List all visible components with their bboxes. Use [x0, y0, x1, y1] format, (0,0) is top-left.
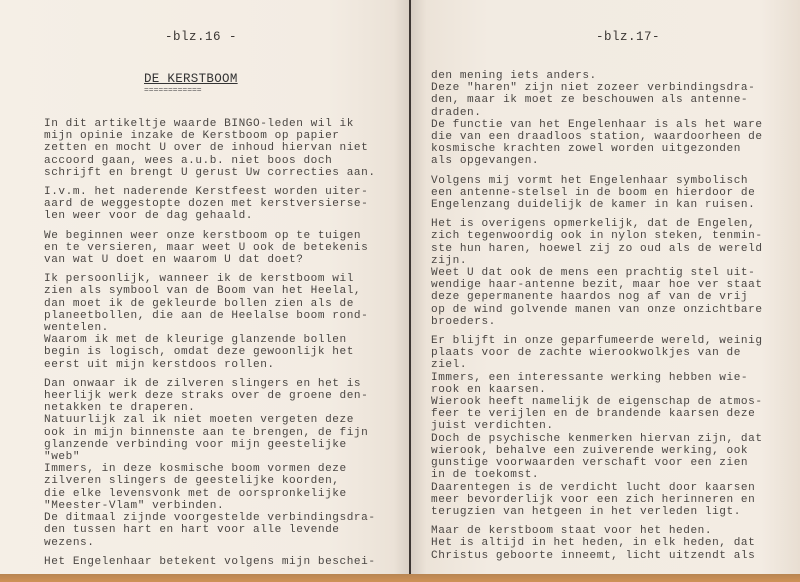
text-line: Engelenzang duidelijk de kamer in kan ru…: [431, 199, 763, 211]
text-line: accoord gaan, wees a.u.b. niet boos doch: [44, 155, 376, 167]
text-line: zijn.: [431, 255, 763, 267]
book-gutter: [409, 0, 411, 578]
text-line: Het is overigens opmerkelijk, dat de Eng…: [431, 218, 763, 230]
text-line: De functie van het Engelenhaar is als he…: [431, 119, 763, 131]
paragraph: Maar de kerstboom staat voor het heden.H…: [431, 525, 763, 562]
text-line: den mening iets anders.: [431, 70, 763, 82]
text-line: aard de weggestopte dozen met kerstversi…: [44, 198, 376, 210]
text-line: We beginnen weer onze kerstboom op te tu…: [44, 230, 376, 242]
text-line: wierook, behalve een zuiverende werking,…: [431, 445, 763, 457]
text-line: schrijft en brengt U gerust Uw correctie…: [44, 167, 376, 179]
text-line: wendige haar-antenne bezit, maar hoe ver…: [431, 279, 763, 291]
text-line: als opgevangen.: [431, 155, 763, 167]
text-line: Ik persoonlijk, wanneer ik de kerstboom …: [44, 273, 376, 285]
text-line: Deze "haren" zijn niet zozeer verbinding…: [431, 82, 763, 94]
article-title: DE KERSTBOOM: [144, 72, 238, 86]
text-line: wentelen.: [44, 322, 376, 334]
text-line: Er blijft in onze geparfumeerde wereld, …: [431, 335, 763, 347]
text-line: een antenne-stelsel in de boom en hierdo…: [431, 187, 763, 199]
text-line: Daarentegen is de verdicht lucht door ka…: [431, 482, 763, 494]
text-line: ziel.: [431, 359, 763, 371]
text-line: die van een draadloos station, waardoorh…: [431, 131, 763, 143]
paragraph: Het Engelenhaar betekent volgens mijn be…: [44, 556, 376, 568]
text-line: draden.: [431, 107, 763, 119]
text-line: Wierook heeft namelijk de eigenschap de …: [431, 396, 763, 408]
text-line: Het is altijd in het heden, in elk heden…: [431, 537, 763, 549]
paragraph: Volgens mij vormt het Engelenhaar symbol…: [431, 175, 763, 212]
text-line: zetten en mocht U over de inhoud hiervan…: [44, 142, 376, 154]
text-line: mijn opinie inzake de Kerstboom op papie…: [44, 130, 376, 142]
text-line: plaats voor de zachte wierookwolkjes van…: [431, 347, 763, 359]
title-underline: ============: [144, 86, 202, 95]
paragraph: Ik persoonlijk, wanneer ik de kerstboom …: [44, 273, 376, 371]
text-line: len weer voor de dag gehaald.: [44, 210, 376, 222]
text-line: Weet U dat ook de mens een prachtig stel…: [431, 267, 763, 279]
paragraph: Het is overigens opmerkelijk, dat de Eng…: [431, 218, 763, 328]
paragraph: Er blijft in onze geparfumeerde wereld, …: [431, 335, 763, 518]
text-line: begin is logisch, omdat deze gewoonlijk …: [44, 346, 376, 358]
text-line: den tussen hart en hart voor alle levend…: [44, 524, 376, 536]
text-line: broeders.: [431, 316, 763, 328]
text-line: zilveren slingers de geestelijke koorden…: [44, 475, 376, 487]
text-line: meer bevorderlijk voor een zich herinner…: [431, 494, 763, 506]
text-line: terugzien van hetgeen in het verleden li…: [431, 506, 763, 518]
text-line: Het Engelenhaar betekent volgens mijn be…: [44, 556, 376, 568]
paragraph: In dit artikeltje waarde BINGO-leden wil…: [44, 118, 376, 179]
text-line: Immers, een interessante werking hebben …: [431, 372, 763, 384]
text-line: "web": [44, 451, 376, 463]
left-page-body: In dit artikeltje waarde BINGO-leden wil…: [44, 118, 376, 575]
text-line: eerst uit mijn kerstdoos rollen.: [44, 359, 376, 371]
text-line: Maar de kerstboom staat voor het heden.: [431, 525, 763, 537]
paragraph: den mening iets anders.Deze "haren" zijn…: [431, 70, 763, 168]
text-line: in de toekomst.: [431, 469, 763, 481]
text-line: Waarom ik met de kleurige glanzende boll…: [44, 334, 376, 346]
text-line: rook en kaarsen.: [431, 384, 763, 396]
paragraph: We beginnen weer onze kerstboom op te tu…: [44, 230, 376, 267]
table-surface: [0, 574, 800, 582]
text-line: den, maar ik moet ze beschouwen als ante…: [431, 94, 763, 106]
text-line: gunstige voorwaarden verschaft voor een …: [431, 457, 763, 469]
text-line: van wat U doet en waarom U dat doet?: [44, 254, 376, 266]
right-page: -blz.17- den mening iets anders.Deze "ha…: [411, 0, 800, 574]
text-line: deze gepermanente haardos nog af van de …: [431, 291, 763, 303]
text-line: netakken te draperen.: [44, 402, 376, 414]
text-line: en te versieren, maar weet U ook de bete…: [44, 242, 376, 254]
text-line: op de wind golvende manen van onze onzic…: [431, 304, 763, 316]
paragraph: I.v.m. het naderende Kerstfeest worden u…: [44, 186, 376, 223]
text-line: Doch de psychische kenmerken hiervan zij…: [431, 433, 763, 445]
text-line: ook in mijn binnenste aan te brengen, de…: [44, 427, 376, 439]
text-line: Volgens mij vormt het Engelenhaar symbol…: [431, 175, 763, 187]
page-number-left: -blz.16 -: [165, 30, 237, 44]
text-line: Immers, in deze kosmische boom vormen de…: [44, 463, 376, 475]
text-line: heerlijk werk deze straks over de groene…: [44, 390, 376, 402]
text-line: Dan onwaar ik de zilveren slingers en he…: [44, 378, 376, 390]
text-line: dan moet ik de gekleurde bollen zien als…: [44, 298, 376, 310]
text-line: planeetbollen, die aan de Heelalse boom …: [44, 310, 376, 322]
text-line: wezens.: [44, 537, 376, 549]
text-line: feer te verijlen en de brandende kaarsen…: [431, 408, 763, 420]
text-line: Christus geboorte inneemt, licht uitzend…: [431, 550, 763, 562]
text-line: zien als symbool van de Boom van het Hee…: [44, 285, 376, 297]
text-line: Natuurlijk zal ik niet moeten vergeten d…: [44, 414, 376, 426]
paragraph: Dan onwaar ik de zilveren slingers en he…: [44, 378, 376, 549]
text-line: In dit artikeltje waarde BINGO-leden wil…: [44, 118, 376, 130]
text-line: juist verdichten.: [431, 420, 763, 432]
text-line: kosmische krachten zowel worden uitgezon…: [431, 143, 763, 155]
text-line: De ditmaal zijnde voorgestelde verbindin…: [44, 512, 376, 524]
left-page: -blz.16 - DE KERSTBOOM ============ In d…: [0, 0, 410, 574]
text-line: ste hun haren, hoewel zij zo oud als de …: [431, 243, 763, 255]
text-line: die elke levensvonk met de oorspronkelij…: [44, 488, 376, 500]
page-number-right: -blz.17-: [596, 30, 660, 44]
book-spread: -blz.16 - DE KERSTBOOM ============ In d…: [0, 0, 800, 574]
text-line: glanzende verbinding voor mijn geestelij…: [44, 439, 376, 451]
text-line: I.v.m. het naderende Kerstfeest worden u…: [44, 186, 376, 198]
right-page-body: den mening iets anders.Deze "haren" zijn…: [431, 70, 763, 569]
text-line: "Meester-Vlam" verbinden.: [44, 500, 376, 512]
text-line: zich tegenwoordig ook in nylon steken, t…: [431, 230, 763, 242]
